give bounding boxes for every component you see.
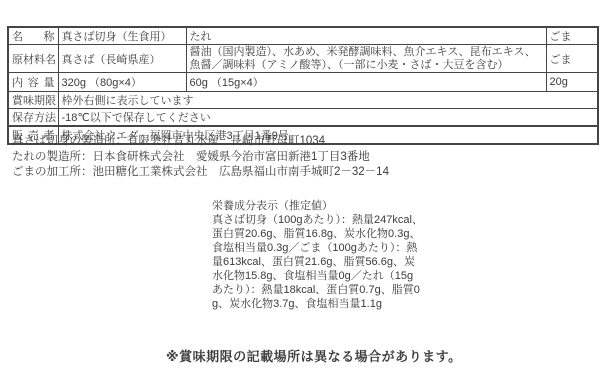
cell-amount-sauce: 60g （15g×4） xyxy=(186,73,546,92)
best-before-footnote: ※賞味期限の記載場所は異なる場合があります。 xyxy=(166,346,462,365)
cell-best-before: 枠外右側に表示しています xyxy=(58,92,598,109)
table-row-ingredients: 原材料名 真さば（長崎県産） 醤油（国内製造）、水あめ、米発酵調味料、魚介エキス… xyxy=(8,45,598,73)
nutrition-line: 量613kcal、蛋白質21.6g、脂質56.6g、炭 xyxy=(212,255,423,269)
note-sesame-processor: ごまの加工所：池田糖化工業株式会社 広島県福山市南手城町2－32－14 xyxy=(12,165,389,181)
cell-name-sesame: ごま xyxy=(546,27,598,45)
product-spec-table: 名称 真さば切身（生食用） たれ ごま 原材料名 真さば（長崎県産） 醤油（国内… xyxy=(7,26,599,145)
row-label-best-before: 賞味期限 xyxy=(8,92,58,109)
table-row-name: 名称 真さば切身（生食用） たれ ごま xyxy=(8,27,598,45)
nutrition-line: g、炭水化物3.7g、食塩相当量1.1g xyxy=(212,297,423,311)
table-row-best-before: 賞味期限 枠外右側に表示しています xyxy=(8,92,598,109)
row-label-storage: 保存方法 xyxy=(8,109,58,127)
nutrition-line: あたり）：熱量18kcal、蛋白質0.7g、脂質0 xyxy=(212,283,423,297)
cell-ingredients-sauce: 醤油（国内製造）、水あめ、米発酵調味料、魚介エキス、昆布エキス、魚醤／調味料（ア… xyxy=(186,45,546,73)
cell-name-sashimi: 真さば切身（生食用） xyxy=(58,27,186,45)
table-row-storage: 保存方法 -18℃以下で保存してください xyxy=(8,109,598,127)
manufacturer-notes: 真さば切身の製造所：有限会社音丸水産 長崎市野母町1034 たれの製造所：日本食… xyxy=(12,134,389,181)
row-label-ingredients: 原材料名 xyxy=(8,45,58,73)
row-label-net-content: 内容量 xyxy=(8,73,58,92)
table-row-net-content: 内容量 320g （80g×4） 60g （15g×4） 20g xyxy=(8,73,598,92)
note-sashimi-manufacturer: 真さば切身の製造所：有限会社音丸水産 長崎市野母町1034 xyxy=(12,134,389,150)
row-label-name: 名称 xyxy=(8,27,58,45)
food-label-document: 名称 真さば切身（生食用） たれ ごま 原材料名 真さば（長崎県産） 醤油（国内… xyxy=(0,0,610,375)
nutrition-line: 水化物15.8g、食塩相当量0g／たれ（15g xyxy=(212,269,423,283)
cell-storage: -18℃以下で保存してください xyxy=(58,109,598,127)
cell-ingredients-sashimi: 真さば（長崎県産） xyxy=(58,45,186,73)
nutrition-title: 栄養成分表示（推定値） xyxy=(212,199,423,213)
nutrition-line: 蛋白質20.6g、脂質16.8g、炭水化物0.3g、 xyxy=(212,227,423,241)
cell-amount-sashimi: 320g （80g×4） xyxy=(58,73,186,92)
cell-amount-sesame: 20g xyxy=(546,73,598,92)
nutrition-line: 食塩相当量0.3g／ごま（100gあたり）：熱 xyxy=(212,241,423,255)
nutrition-facts: 栄養成分表示（推定値） 真さば切身（100gあたり）：熱量247kcal、 蛋白… xyxy=(212,199,423,311)
cell-ingredients-sesame: ごま xyxy=(546,45,598,73)
note-sauce-manufacturer: たれの製造所：日本食研株式会社 愛媛県今治市富田新港1丁目3番地 xyxy=(12,150,389,166)
nutrition-line: 真さば切身（100gあたり）：熱量247kcal、 xyxy=(212,213,423,227)
cell-name-sauce: たれ xyxy=(186,27,546,45)
